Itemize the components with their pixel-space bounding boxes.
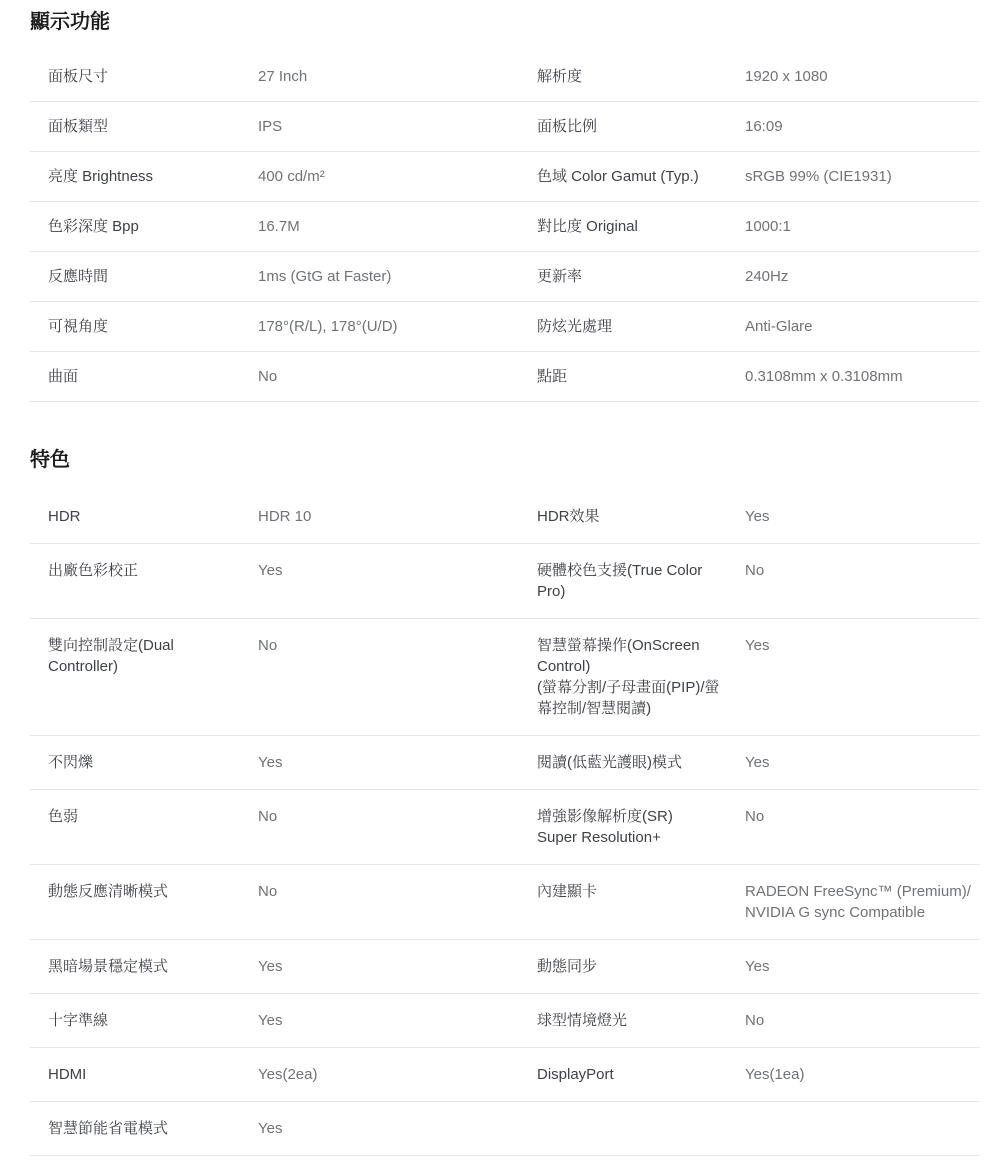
spec-label-left: 色彩深度 Bpp [48,216,258,237]
spec-value-right: 16:09 [745,116,980,137]
spec-value-left: Yes [258,1118,537,1139]
spec-value-left: IPS [258,116,537,137]
spec-label-right: 解析度 [537,66,745,87]
spec-value-left: 178°(R/L), 178°(U/D) [258,316,537,337]
spec-row: 不閃爍 Yes 閱讀(低藍光護眼)模式 Yes [30,736,980,790]
spec-label-left: 十字準線 [48,1010,258,1031]
spec-label-right: 色域 Color Gamut (Typ.) [537,166,745,187]
spec-row: 面板類型 IPS 面板比例 16:09 [30,102,980,152]
spec-label-right: 點距 [537,366,745,387]
spec-label-left: 亮度 Brightness [48,166,258,187]
spec-value-left: No [258,806,537,827]
spec-value-right: No [745,1010,980,1031]
spec-value-left: Yes [258,1010,537,1031]
spec-label-left: 曲面 [48,366,258,387]
spec-value-right: Yes [745,956,980,977]
spec-label-left: 智慧節能省電模式 [48,1118,258,1139]
spec-label-right: 球型情境燈光 [537,1010,745,1031]
spec-label-left: HDR [48,506,258,527]
spec-label-right: 增強影像解析度(SR) Super Resolution+ [537,806,745,848]
spec-value-right: RADEON FreeSync™ (Premium)/ NVIDIA G syn… [745,881,980,923]
spec-label-right: 硬體校色支援(True Color Pro) [537,560,745,602]
spec-section: 特色 HDR HDR 10 HDR效果 Yes 出廠色彩校正 Yes 硬體校色支… [30,446,980,1156]
spec-label-right: 動態同步 [537,956,745,977]
spec-value-left: Yes [258,560,537,581]
spec-value-left: 1ms (GtG at Faster) [258,266,537,287]
spec-value-right: 1000:1 [745,216,980,237]
spec-row: 色弱 No 增強影像解析度(SR) Super Resolution+ No [30,790,980,865]
spec-row: HDR HDR 10 HDR效果 Yes [30,490,980,544]
spec-label-left: 色弱 [48,806,258,827]
spec-value-left: Yes [258,956,537,977]
spec-value-left: No [258,635,537,656]
spec-page: 顯示功能 面板尺寸 27 Inch 解析度 1920 x 1080 面板類型 I… [0,0,1005,1176]
spec-rows: HDR HDR 10 HDR效果 Yes 出廠色彩校正 Yes 硬體校色支援(T… [30,490,980,1156]
spec-sections: 顯示功能 面板尺寸 27 Inch 解析度 1920 x 1080 面板類型 I… [30,8,980,1156]
spec-row: 亮度 Brightness 400 cd/m² 色域 Color Gamut (… [30,152,980,202]
spec-value-left: No [258,881,537,902]
spec-label-left: 可視角度 [48,316,258,337]
spec-value-right: 240Hz [745,266,980,287]
spec-row: 出廠色彩校正 Yes 硬體校色支援(True Color Pro) No [30,544,980,619]
spec-label-right: 對比度 Original [537,216,745,237]
spec-row: HDMI Yes(2ea) DisplayPort Yes(1ea) [30,1048,980,1102]
spec-value-right: 0.3108mm x 0.3108mm [745,366,980,387]
spec-row: 色彩深度 Bpp 16.7M 對比度 Original 1000:1 [30,202,980,252]
spec-value-left: 16.7M [258,216,537,237]
spec-value-left: Yes [258,752,537,773]
spec-label-left: HDMI [48,1064,258,1085]
spec-row: 可視角度 178°(R/L), 178°(U/D) 防炫光處理 Anti-Gla… [30,302,980,352]
spec-row: 反應時間 1ms (GtG at Faster) 更新率 240Hz [30,252,980,302]
spec-row: 動態反應清晰模式 No 內建顯卡 RADEON FreeSync™ (Premi… [30,865,980,940]
spec-section: 顯示功能 面板尺寸 27 Inch 解析度 1920 x 1080 面板類型 I… [30,8,980,402]
spec-label-right: 智慧螢幕操作(OnScreen Control) (螢幕分割/子母畫面(PIP)… [537,635,745,719]
spec-rows: 面板尺寸 27 Inch 解析度 1920 x 1080 面板類型 IPS 面板… [30,52,980,402]
spec-value-right: 1920 x 1080 [745,66,980,87]
spec-value-right: Yes(1ea) [745,1064,980,1085]
spec-value-right: Yes [745,635,980,656]
spec-value-left: 400 cd/m² [258,166,537,187]
spec-label-right: 內建顯卡 [537,881,745,902]
spec-label-right: DisplayPort [537,1064,745,1085]
spec-value-right: No [745,806,980,827]
spec-value-right: Anti-Glare [745,316,980,337]
spec-label-right: 閱讀(低藍光護眼)模式 [537,752,745,773]
spec-row: 黑暗場景穩定模式 Yes 動態同步 Yes [30,940,980,994]
spec-label-left: 雙向控制設定(Dual Controller) [48,635,258,677]
spec-value-right: Yes [745,752,980,773]
spec-row: 曲面 No 點距 0.3108mm x 0.3108mm [30,352,980,402]
spec-row: 十字準線 Yes 球型情境燈光 No [30,994,980,1048]
spec-label-left: 出廠色彩校正 [48,560,258,581]
section-title: 特色 [30,446,980,474]
spec-value-left: Yes(2ea) [258,1064,537,1085]
spec-value-right: sRGB 99% (CIE1931) [745,166,980,187]
spec-label-left: 面板尺寸 [48,66,258,87]
spec-label-left: 反應時間 [48,266,258,287]
section-title: 顯示功能 [30,8,980,36]
spec-label-right: 面板比例 [537,116,745,137]
spec-label-left: 面板類型 [48,116,258,137]
spec-row: 智慧節能省電模式 Yes [30,1102,980,1156]
spec-label-left: 黑暗場景穩定模式 [48,956,258,977]
spec-label-left: 不閃爍 [48,752,258,773]
spec-row: 面板尺寸 27 Inch 解析度 1920 x 1080 [30,52,980,102]
spec-label-right: HDR效果 [537,506,745,527]
spec-value-left: No [258,366,537,387]
spec-label-right: 更新率 [537,266,745,287]
spec-row: 雙向控制設定(Dual Controller) No 智慧螢幕操作(OnScre… [30,619,980,736]
spec-value-right: No [745,560,980,581]
spec-label-right: 防炫光處理 [537,316,745,337]
spec-label-left: 動態反應清晰模式 [48,881,258,902]
spec-value-right: Yes [745,506,980,527]
spec-value-left: 27 Inch [258,66,537,87]
spec-value-left: HDR 10 [258,506,537,527]
